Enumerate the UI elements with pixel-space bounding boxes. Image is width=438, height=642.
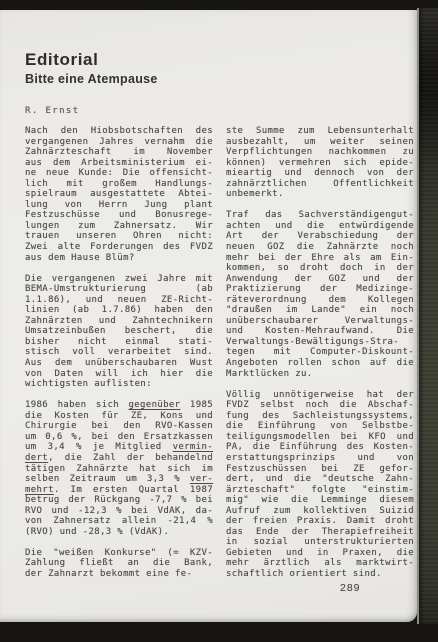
text-line: und Kosten-Mehraufwand. Die [226, 326, 414, 337]
text-line: aus dem Hause Blüm? [25, 253, 213, 264]
text-column-left: Nach den Hiobsbotschaften desvergangenen… [25, 126, 213, 580]
text-line: zahnärztlichen Öffentlichkeit [226, 179, 414, 190]
paragraph: Völlig unnötigerweise hat derFVDZ selbst… [226, 390, 414, 580]
page-title: Editorial [25, 50, 98, 70]
text-line: RVO und -12,3 % bei VdAK, da- [25, 506, 213, 517]
text-line: Aus dem unüberschaubaren Wust [25, 358, 213, 369]
paragraph: ste Summe zum Lebensunterhaltausbezahlt,… [226, 126, 414, 200]
text-line: Traf das Sachverständigengut- [226, 210, 414, 221]
text-line: kommen, so droht doch in der [226, 263, 414, 274]
text-line: selben Zeitraum um 3,3 % ver- [25, 474, 213, 485]
text-line: tätigen Zahnärzte hat sich im [25, 464, 213, 475]
page-subtitle: Bitte eine Atempause [25, 72, 158, 86]
text-line: erstattungsprinzips und von [226, 453, 414, 464]
text-line: ste Summe zum Lebensunterhalt [226, 126, 414, 137]
text-line: linien (ab 1.7.86) haben den [25, 305, 213, 316]
text-line: Aufruf zum kollektiven Suizid [226, 506, 414, 517]
text-line: tegen mit Computer-Diskount- [226, 347, 414, 358]
scan-spine-edge [417, 8, 438, 624]
text-line: 1.1.86), und neuen ZE-Richt- [25, 295, 213, 306]
text-line: Praktizierung der Medizinge- [226, 284, 414, 295]
text-line: Marktlücken zu. [226, 369, 414, 380]
text-line: in sozial unterstrukturierten [226, 537, 414, 548]
text-line: Art der Verabschiedung der [226, 231, 414, 242]
text-line: lungen zum Zahnersatz. Wir [25, 221, 213, 232]
text-line: die Kosten für ZE, Kons und [25, 411, 213, 422]
text-line: von Zahnersatz allein -21,4 % [25, 516, 213, 527]
text-line: teiligungsmodellen bei KFO und [226, 432, 414, 443]
text-line: dert, die Zahl der behandelnd [25, 453, 213, 464]
text-line: Zahnärzten und Zahntechnikern [25, 316, 213, 327]
text-line: "draußen im Lande" ein noch [226, 305, 414, 316]
text-line: die Einführung von Selbstbe- [226, 421, 414, 432]
text-line: bisher nicht einmal stati- [25, 337, 213, 348]
text-line: FVDZ selbst noch die Abschaf- [226, 400, 414, 411]
paragraph: Nach den Hiobsbotschaften desvergangenen… [25, 126, 213, 263]
text-line: aus dem Arbeitsministerium ei- [25, 158, 213, 169]
paragraph: Die vergangenen zwei Jahre mitBEMA-Umstr… [25, 274, 213, 390]
text-line: trauen unseren Ohren nicht: [25, 231, 213, 242]
text-line: PA, die Einführung des Kosten- [226, 442, 414, 453]
text-line: betrug der Rückgang -7,7 % bei [25, 495, 213, 506]
text-line: können) vermehren sich epide- [226, 158, 414, 169]
text-line: fung des Sachleistungssystems, [226, 411, 414, 422]
text-line: lung von Herrn Jung plant [25, 200, 213, 211]
text-line: um 3,4 % je Mitglied vermin- [25, 442, 213, 453]
text-line: räteverordnung dem Kollegen [226, 295, 414, 306]
text-line: unbemerkt. [226, 189, 414, 200]
text-line: um 0,6 %, bei den Ersatzkassen [25, 432, 213, 443]
text-line: Die vergangenen zwei Jahre mit [25, 274, 213, 285]
text-line: der freien Praxis. Damit droht [226, 516, 414, 527]
paragraph: Die "weißen Konkurse" (= KZV-Zahlung fli… [25, 548, 213, 580]
text-line: lich mit großem Handlungs- [25, 179, 213, 190]
text-line: 1986 haben sich gegenüber 1985 [25, 400, 213, 411]
text-line: von Daten will ich hier die [25, 369, 213, 380]
text-line: Zahnärzteschaft im November [25, 147, 213, 158]
text-line: BEMA-Umstrukturierung (ab [25, 284, 213, 295]
author-byline: R. Ernst [25, 106, 80, 116]
text-line: Die "weißen Konkurse" (= KZV- [25, 548, 213, 559]
page-number: 289 [340, 582, 361, 594]
text-line: Zwei alte Forderungen des FVDZ [25, 242, 213, 253]
text-line: Anwendung der GOZ und der [226, 274, 414, 285]
text-line: Umsatzeinbußen beschert, die [25, 326, 213, 337]
text-line: Gebieten und in Praxen, die [226, 548, 414, 559]
text-line: dert, und die "deutsche Zahn- [226, 474, 414, 485]
text-line: Nach den Hiobsbotschaften des [25, 126, 213, 137]
text-line: Völlig unnötigerweise hat der [226, 390, 414, 401]
text-line: wichtigsten auflisten: [25, 379, 213, 390]
text-line: Verwaltungs-Bewältigungs-Stra- [226, 337, 414, 348]
text-line: mehrt. Im ersten Quartal 1987 [25, 485, 213, 496]
text-column-right: ste Summe zum Lebensunterhaltausbezahlt,… [226, 126, 414, 580]
text-line: vergangenen Jahres vernahm die [25, 137, 213, 148]
text-line: Verpflichtungen nachkommen zu [226, 147, 414, 158]
text-line: mehr ärztlich als marktwirt- [226, 558, 414, 569]
text-line: Festzuschüssen bei ZE gefor- [226, 464, 414, 475]
text-line: ärzteschaft" folgte "einstim- [226, 485, 414, 496]
text-line: Angeboten rollen schon auf die [226, 358, 414, 369]
article-body: Nach den Hiobsbotschaften desvergangenen… [25, 126, 414, 580]
text-line: neuen GOZ die Zahnärzte noch [226, 242, 414, 253]
scanned-page: Editorial Bitte eine Atempause R. Ernst … [0, 10, 417, 622]
text-line: spielraum ausgestattete Abtei- [25, 189, 213, 200]
text-line: Festzuschüsse und Bonusrege- [25, 210, 213, 221]
text-line: (RVO) und -28,3 % (VdAK). [25, 527, 213, 538]
text-line: Chirurgie bei den RVO-Kassen [25, 421, 213, 432]
paragraph: Traf das Sachverständigengut-achten und … [226, 210, 414, 379]
text-line: ne neue Kunde: Die offensicht- [25, 168, 213, 179]
text-line: das Ende der Therapiefreiheit [226, 527, 414, 538]
text-line: Zahlung fließt an die Bank, [25, 558, 213, 569]
paragraph: 1986 haben sich gegenüber 1985die Kosten… [25, 400, 213, 537]
text-line: achten und die entwürdigende [226, 221, 414, 232]
text-line: unüberschaubarer Verwaltungs- [226, 316, 414, 327]
text-line: ausbezahlt, um weiter seinen [226, 137, 414, 148]
text-line: stisch voll verarbeitet sind. [25, 347, 213, 358]
text-line: mieartig und dennoch von der [226, 168, 414, 179]
text-line: mig" wie die Lemminge diesem [226, 495, 414, 506]
text-line: mehr bei der Ehre als am Ein- [226, 253, 414, 264]
text-line: schaftlich orientiert sind. [226, 569, 414, 580]
text-line: der Zahnarzt bekommt eine fe- [25, 569, 213, 580]
